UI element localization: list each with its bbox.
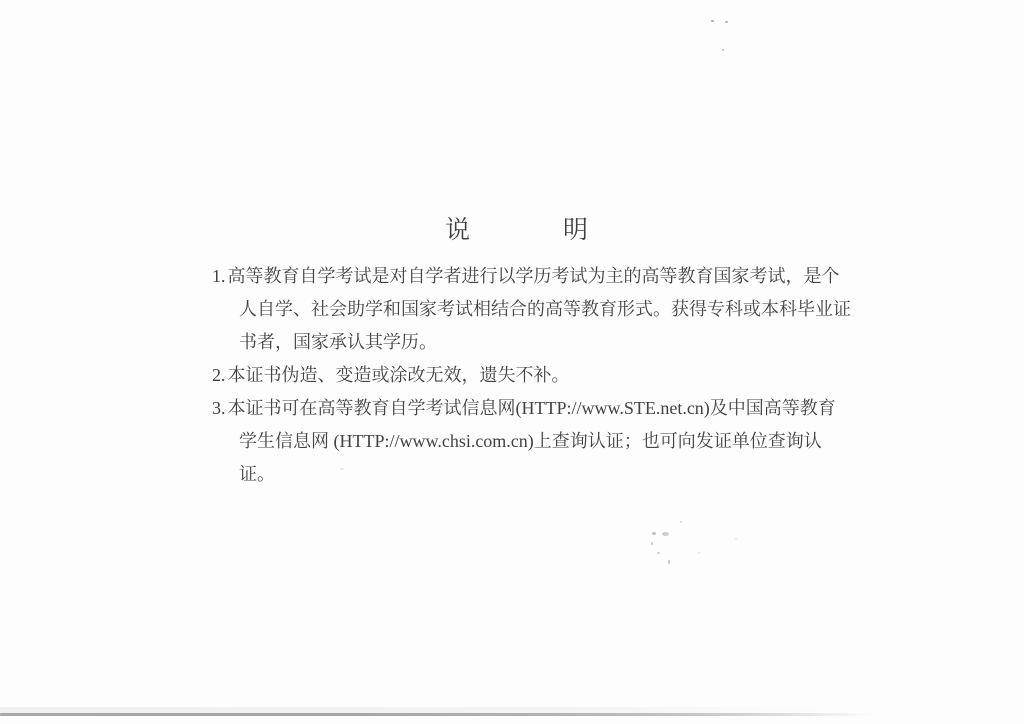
note-text: 高等教育自学考试是对自学者进行以学历考试为主的高等教育国家考试，是个人自学、社会… <box>228 266 852 352</box>
scan-speck <box>662 532 669 536</box>
scan-speck <box>668 560 670 564</box>
scan-speck <box>680 521 682 523</box>
scanned-certificate-page: 说明 1.高等教育自学考试是对自学者进行以学历考试为主的高等教育国家考试，是个人… <box>0 0 1024 724</box>
note-item: 3.本证书可在高等教育自学考试信息网(HTTP://www.STE.net.cn… <box>212 392 852 491</box>
scan-speck <box>698 552 700 554</box>
page-title: 说明 <box>445 217 681 245</box>
note-number: 1. <box>212 266 228 286</box>
scan-speck <box>651 542 653 545</box>
notes-block: 1.高等教育自学考试是对自学者进行以学历考试为主的高等教育国家考试，是个人自学、… <box>212 260 852 491</box>
scan-speck <box>725 21 728 23</box>
note-item: 2.本证书伪造、变造或涂改无效，遗失不补。 <box>212 359 852 392</box>
scan-speck <box>652 532 656 535</box>
scan-speck <box>711 20 714 22</box>
scan-speck <box>657 552 660 554</box>
note-text: 本证书伪造、变造或涂改无效，遗失不补。 <box>228 365 570 385</box>
paper-edge-line <box>0 713 892 716</box>
scan-speck <box>340 468 344 470</box>
note-number: 3. <box>212 398 228 418</box>
note-text: 本证书可在高等教育自学考试信息网(HTTP://www.STE.net.cn)及… <box>228 398 836 484</box>
note-number: 2. <box>212 365 228 385</box>
scan-speck <box>722 49 724 51</box>
note-item: 1.高等教育自学考试是对自学者进行以学历考试为主的高等教育国家考试，是个人自学、… <box>212 260 852 359</box>
scan-speck <box>735 538 737 540</box>
